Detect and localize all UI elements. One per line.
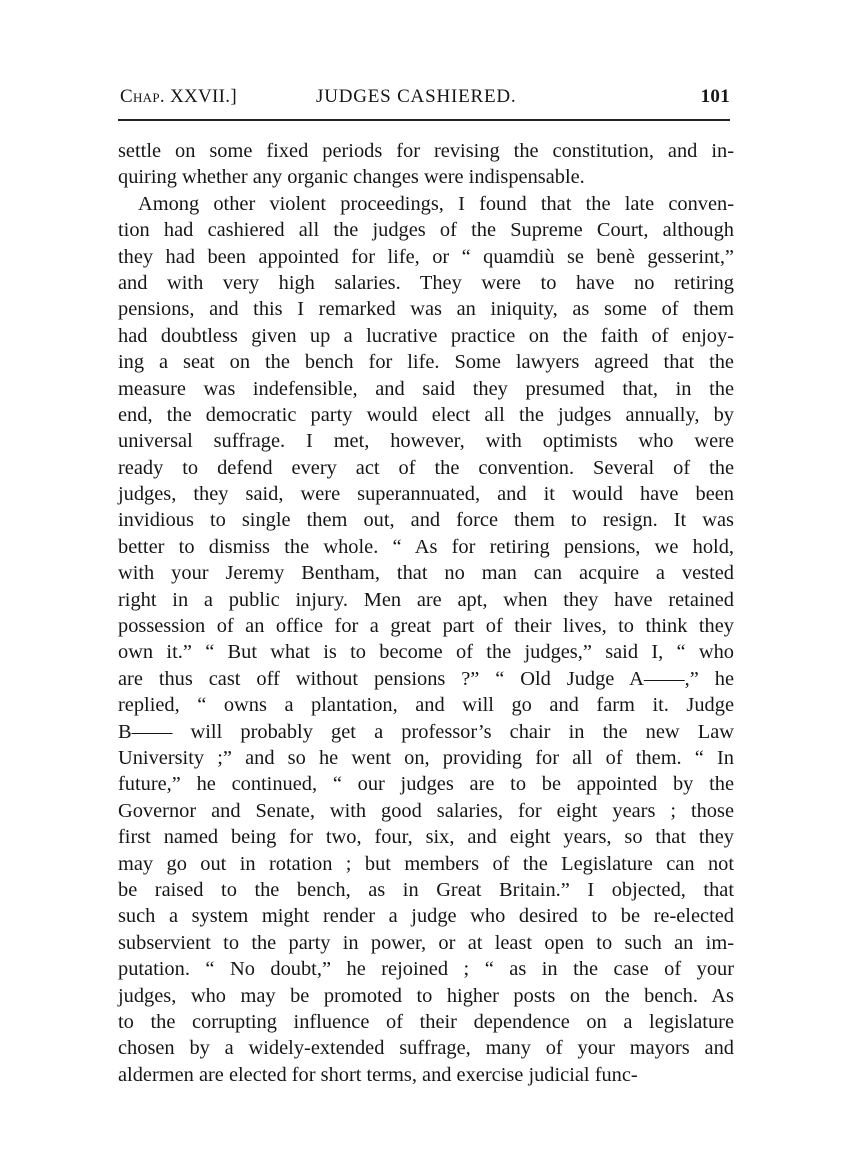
text-line: right in a public injury. Men are apt, w… [118,587,734,613]
text-line: future,” he continued, “ our judges are … [118,771,734,797]
text-line: University ;” and so he went on, providi… [118,745,734,771]
text-line: tion had cashiered all the judges of the… [118,217,734,243]
text-line: first named being for two, four, six, an… [118,824,734,850]
text-line: invidious to single them out, and force … [118,507,734,533]
text-line: putation. “ No doubt,” he rejoined ; “ a… [118,956,734,982]
text-line: pensions, and this I remarked was an ini… [118,296,734,322]
text-line: Governor and Senate, with good salaries,… [118,798,734,824]
text-line: they had been appointed for life, or “ q… [118,244,734,270]
text-line: judges, they said, were superannuated, a… [118,481,734,507]
text-line: quiring whether any organic changes were… [118,164,734,190]
text-line: replied, “ owns a plantation, and will g… [118,692,734,718]
text-line: end, the democratic party would elect al… [118,402,734,428]
paragraph: settle on some fixed periods for revisin… [118,138,734,191]
text-line: be raised to the bench, as in Great Brit… [118,877,734,903]
running-head: Chap. XXVII.] JUDGES CASHIERED. 101 [118,86,734,116]
paragraph: Among other violent proceedings, I found… [118,191,734,1088]
page-number: 101 [701,86,730,108]
text-line: universal suffrage. I met, however, with… [118,428,734,454]
text-line: ing a seat on the bench for life. Some l… [118,349,734,375]
body-text: settle on some fixed periods for revisin… [118,138,734,1088]
text-line: measure was indefensible, and said they … [118,376,734,402]
text-line: had doubtless given up a lucrative pract… [118,323,734,349]
text-line: are thus cast off without pensions ?” “ … [118,666,734,692]
text-line: and with very high salaries. They were t… [118,270,734,296]
text-line: settle on some fixed periods for revisin… [118,138,734,164]
chapter-label: Chap. XXVII.] [120,86,237,108]
text-line: chosen by a widely-extended suffrage, ma… [118,1035,734,1061]
text-line: own it.” “ But what is to become of the … [118,639,734,665]
text-line: B—— will probably get a professor’s chai… [118,719,734,745]
text-line: possession of an office for a great part… [118,613,734,639]
page-title: JUDGES CASHIERED. [316,86,516,108]
header-rule [118,119,730,121]
text-line: to the corrupting influence of their dep… [118,1009,734,1035]
text-line: such a system might render a judge who d… [118,903,734,929]
text-line: subservient to the party in power, or at… [118,930,734,956]
text-line: with your Jeremy Bentham, that no man ca… [118,560,734,586]
text-line: better to dismiss the whole. “ As for re… [118,534,734,560]
text-line: may go out in rotation ; but members of … [118,851,734,877]
text-line: Among other violent proceedings, I found… [118,191,734,217]
text-line: ready to defend every act of the convent… [118,455,734,481]
book-page: Chap. XXVII.] JUDGES CASHIERED. 101 sett… [118,86,734,1088]
text-line: aldermen are elected for short terms, an… [118,1062,734,1088]
text-line: judges, who may be promoted to higher po… [118,983,734,1009]
